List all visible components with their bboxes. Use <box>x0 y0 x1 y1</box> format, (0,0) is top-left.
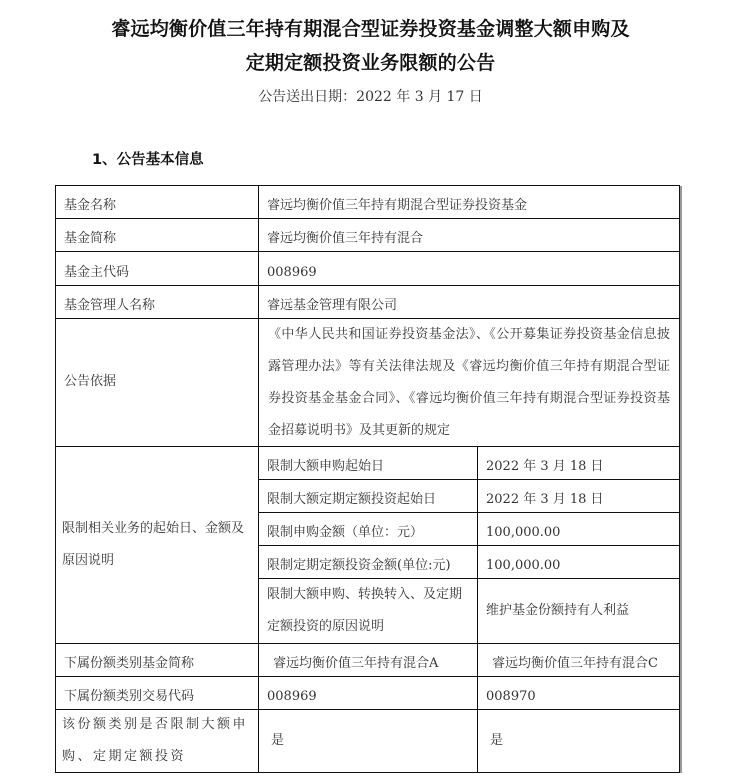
label-text: 下属份额类别基金简称 <box>64 656 194 672</box>
value-share-class-c-name: 睿远均衡价值三年持有混合C <box>477 643 680 677</box>
value-text: 睿远基金管理有限公司 <box>267 298 397 314</box>
section-heading: 1、公告基本信息 <box>92 148 204 169</box>
label-fund-short-name: 基金简称 <box>55 218 259 252</box>
label-text: 基金主代码 <box>64 265 129 281</box>
label-limit-sip-start: 限制大额定期定额投资起始日 <box>258 479 478 513</box>
value-text: 008969 <box>267 689 317 705</box>
label-limit-sip-amount: 限制定期定额投资金额(单位:元) <box>258 545 478 579</box>
label-text: 基金简称 <box>64 231 116 247</box>
label-text: 公告依据 <box>64 374 116 390</box>
value-limit-purchase-start: 2022 年 3 月 18 日 <box>477 446 680 480</box>
value-text: 100,000.00 <box>486 558 560 574</box>
value-text: 睿远均衡价值三年持有混合A <box>273 656 438 672</box>
value-fund-main-code: 008969 <box>258 251 680 286</box>
value-share-class-c-code: 008970 <box>477 676 680 710</box>
label-fund-manager: 基金管理人名称 <box>55 285 259 319</box>
value-limit-sip-start: 2022 年 3 月 18 日 <box>477 479 680 513</box>
label-text: 限制大额申购起始日 <box>267 459 384 475</box>
label-text: 该份额类别是否限制大额申购、定期定额投资 <box>62 709 254 773</box>
value-share-class-a-code: 008969 <box>258 676 478 710</box>
label-fund-main-code: 基金主代码 <box>55 251 259 286</box>
value-text: 008969 <box>267 265 317 281</box>
label-share-class-name: 下属份额类别基金简称 <box>55 643 259 677</box>
value-limit-reason: 维护基金份额持有人利益 <box>477 578 680 644</box>
value-share-class-a-limited: 是 <box>258 709 478 773</box>
label-text: 基金管理人名称 <box>64 298 155 314</box>
value-text: 睿远均衡价值三年持有混合 <box>267 231 423 247</box>
document-title-line-1: 睿远均衡价值三年持有期混合型证券投资基金调整大额申购及 <box>0 14 741 41</box>
announcement-date: 公告送出日期：2022 年 3 月 17 日 <box>0 86 741 106</box>
label-text: 限制相关业务的起始日、金额及原因说明 <box>62 513 254 577</box>
value-share-class-a-name: 睿远均衡价值三年持有混合A <box>258 643 478 677</box>
value-announcement-basis: 《中华人民共和国证券投资基金法》、《公开募集证券投资基金信息披露管理办法》等有关… <box>258 318 680 447</box>
label-limit-purchase-amount: 限制申购金额（单位：元） <box>258 512 478 546</box>
label-text: 下属份额类别交易代码 <box>64 689 194 705</box>
value-text: 2022 年 3 月 18 日 <box>486 459 604 475</box>
label-text: 限制大额定期定额投资起始日 <box>267 492 436 508</box>
value-fund-short-name: 睿远均衡价值三年持有混合 <box>258 218 680 252</box>
value-limit-sip-amount: 100,000.00 <box>477 545 680 579</box>
document-title-line-2: 定期定额投资业务限额的公告 <box>0 48 741 75</box>
label-fund-name: 基金名称 <box>55 185 259 219</box>
label-limit-purchase-start: 限制大额申购起始日 <box>258 446 478 480</box>
value-fund-manager: 睿远基金管理有限公司 <box>258 285 680 319</box>
value-text: 维护基金份额持有人利益 <box>486 603 629 619</box>
label-share-class-limited: 该份额类别是否限制大额申购、定期定额投资 <box>55 709 259 773</box>
value-text: 是 <box>271 733 284 749</box>
value-text: 008970 <box>486 689 536 705</box>
value-text: 睿远均衡价值三年持有混合C <box>492 656 658 672</box>
label-limit-reason: 限制大额申购、转换转入、及定期定额投资的原因说明 <box>258 578 478 644</box>
basic-info-table: 基金名称 睿远均衡价值三年持有期混合型证券投资基金 基金简称 睿远均衡价值三年持… <box>56 186 680 773</box>
value-text: 2022 年 3 月 18 日 <box>486 492 604 508</box>
value-fund-name: 睿远均衡价值三年持有期混合型证券投资基金 <box>258 185 680 219</box>
table-right-border-shadow <box>680 186 682 773</box>
value-text: 100,000.00 <box>486 525 560 541</box>
label-text: 限制大额申购、转换转入、及定期定额投资的原因说明 <box>267 579 469 643</box>
value-limit-purchase-amount: 100,000.00 <box>477 512 680 546</box>
label-text: 限制定期定额投资金额(单位:元) <box>267 558 451 574</box>
value-text: 《中华人民共和国证券投资基金法》、《公开募集证券投资基金信息披露管理办法》等有关… <box>268 319 670 447</box>
label-share-class-code: 下属份额类别交易代码 <box>55 676 259 710</box>
label-announcement-basis: 公告依据 <box>55 318 259 447</box>
label-limit-group: 限制相关业务的起始日、金额及原因说明 <box>55 446 259 644</box>
value-share-class-c-limited: 是 <box>477 709 680 773</box>
label-text: 限制申购金额（单位：元） <box>267 525 423 541</box>
value-text: 是 <box>490 733 503 749</box>
label-text: 基金名称 <box>64 198 116 214</box>
value-text: 睿远均衡价值三年持有期混合型证券投资基金 <box>267 198 527 214</box>
